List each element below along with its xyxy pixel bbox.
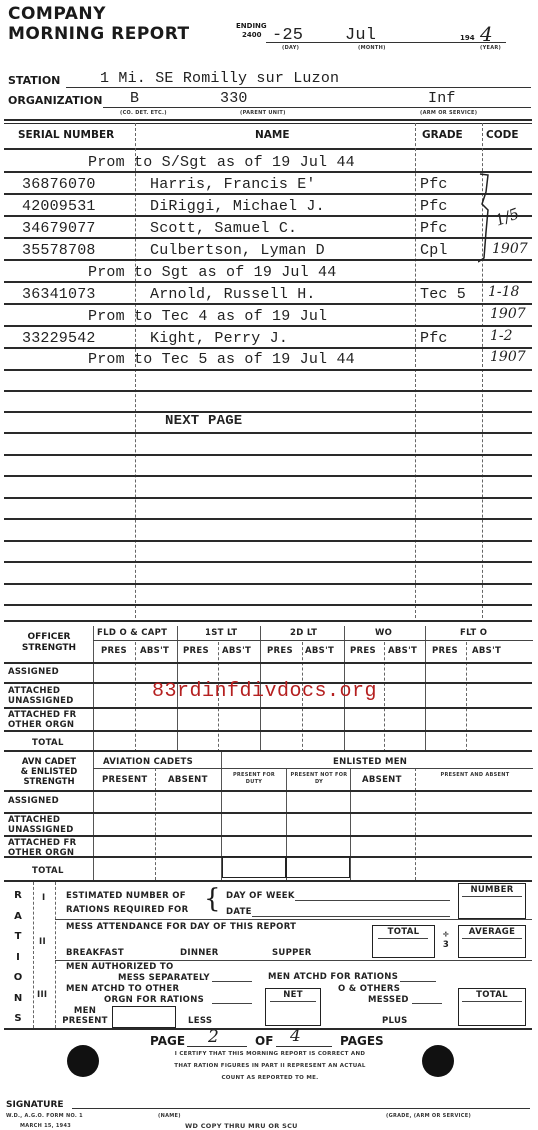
rations-letter: O: [8, 968, 28, 989]
men-authorized-line1: MEN AUTHORIZED TO: [66, 962, 174, 972]
enlisted-col-present-duty: PRESENT FOR DUTY: [224, 772, 284, 786]
section-i-label: I: [42, 893, 45, 903]
roster-grade: Cpl: [420, 242, 448, 259]
company-caption: (CO. DET. ETC.): [120, 110, 167, 116]
number-label: NUMBER: [460, 885, 524, 895]
day-caption: (DAY): [282, 45, 299, 51]
rations-letter: R: [8, 886, 28, 907]
enlisted-row-attached-unassigned: ATTACHED UNASSIGNED: [8, 815, 86, 835]
next-page-note: NEXT PAGE: [165, 413, 242, 429]
officer-subcol-pres: PRES: [350, 646, 376, 656]
organization-arm: Inf: [428, 90, 456, 107]
arm-caption: (ARM OR SERVICE): [420, 110, 477, 116]
officer-strength-title: OFFICER STRENGTH: [8, 632, 90, 654]
officer-row-attached-unassigned: ATTACHED UNASSIGNED: [8, 686, 86, 706]
form-date: MARCH 15, 1943: [20, 1123, 71, 1129]
certify-line1: I CERTIFY THAT THIS MORNING REPORT IS CO…: [120, 1051, 420, 1057]
total-pages: 4: [290, 1026, 301, 1046]
total-present-duty-box: [222, 856, 286, 878]
men-present-line1: MEN: [58, 1006, 112, 1016]
punch-hole-right: [422, 1045, 454, 1077]
rations-letter: T: [8, 927, 28, 948]
year-suffix: 4: [480, 22, 493, 46]
page-label: PAGE: [150, 1034, 185, 1048]
organization-company: B: [130, 90, 139, 107]
men-present-box: [112, 1006, 176, 1028]
officer-strength-title-line2: STRENGTH: [8, 643, 90, 654]
column-header-grade: GRADE: [422, 129, 463, 141]
enlisted-strength-title: AVN CADET & ENLISTED STRENGTH: [8, 757, 90, 787]
roster-code: 1907: [490, 306, 526, 322]
roster-serial: 42009531: [22, 198, 96, 215]
punch-hole-left: [67, 1045, 99, 1077]
roster-code: 1907: [490, 349, 526, 365]
mess-attendance-label: MESS ATTENDANCE FOR DAY OF THIS REPORT: [66, 922, 296, 932]
officer-group-1st-lt: 1ST LT: [205, 628, 237, 638]
divide-by-three: ÷ 3: [438, 930, 454, 950]
total-present-not-duty-box: [286, 856, 350, 878]
roster-grade: Pfc: [420, 176, 448, 193]
officer-row-attached-other: ATTACHED FR OTHER ORGN: [8, 710, 90, 730]
enlisted-row-assigned: ASSIGNED: [8, 796, 59, 806]
rations-letter: I: [8, 948, 28, 969]
report-month: Jul: [345, 26, 376, 45]
grade-caption: (GRADE, (ARM OR SERVICE): [386, 1113, 471, 1119]
signature-label: SIGNATURE: [6, 1100, 64, 1110]
form-number: W.D., A.G.O. FORM NO. 1: [6, 1113, 83, 1119]
of-label: OF: [255, 1034, 273, 1048]
dinner-label: DINNER: [180, 948, 219, 958]
signature-line[interactable]: [72, 1108, 530, 1109]
name-caption: (NAME): [158, 1113, 181, 1119]
organization-label: ORGANIZATION: [8, 94, 102, 107]
roster-name: Arnold, Russell H.: [150, 286, 316, 303]
station-value: 1 Mi. SE Romilly sur Luzon: [100, 70, 339, 87]
average-label: AVERAGE: [460, 927, 524, 937]
men-present-label: MEN PRESENT: [58, 1006, 112, 1026]
column-header-code: CODE: [486, 129, 519, 141]
mess-total-label: TOTAL: [374, 927, 433, 937]
roster-serial: 35578708: [22, 242, 96, 259]
roster-serial: 36876070: [22, 176, 96, 193]
pages-label: PAGES: [340, 1034, 384, 1048]
roster-serial: 36341073: [22, 286, 96, 303]
men-present-line2: PRESENT: [58, 1016, 112, 1026]
iii-total-label: TOTAL: [460, 990, 524, 1000]
roster-serial: 33229542: [22, 330, 96, 347]
month-caption: (MONTH): [358, 45, 386, 51]
roster-grade: Pfc: [420, 330, 448, 347]
officer-subcol-abst: ABS'T: [305, 646, 334, 656]
rations-letter: A: [8, 907, 28, 928]
enlisted-row-attached-other: ATTACHED FR OTHER ORGN: [8, 838, 90, 858]
organization-parent-unit: 330: [220, 90, 248, 107]
officer-row-assigned: ASSIGNED: [8, 667, 59, 677]
rations-side-label: R A T I O N S: [8, 886, 28, 1030]
brace-icon: {: [204, 886, 221, 912]
rations-letter: N: [8, 989, 28, 1010]
officer-subcol-pres: PRES: [101, 646, 127, 656]
officer-row-total: TOTAL: [32, 738, 64, 748]
roster-name: Scott, Samuel C.: [150, 220, 297, 237]
officer-strength-title-line1: OFFICER: [8, 632, 90, 643]
officer-subcol-pres: PRES: [183, 646, 209, 656]
estimated-rations-line1: ESTIMATED NUMBER OF: [66, 891, 186, 901]
date-label: DATE: [226, 907, 252, 917]
copy-note: WD COPY THRU MRU OR SCU: [185, 1122, 298, 1130]
officer-subcol-pres: PRES: [432, 646, 458, 656]
officer-group-fld-capt: FLD O & CAPT: [97, 628, 167, 638]
roster-serial: 34679077: [22, 220, 96, 237]
estimated-rations-line2: RATIONS REQUIRED FOR: [66, 905, 188, 915]
enlisted-strength-title-line3: STRENGTH: [8, 777, 90, 787]
breakfast-label: BREAKFAST: [66, 948, 124, 958]
certify-line3: COUNT AS REPORTED TO ME.: [120, 1075, 420, 1081]
roster-name: DiRiggi, Michael J.: [150, 198, 325, 215]
group-aviation-cadets: AVIATION CADETS: [103, 757, 193, 767]
column-header-name: NAME: [255, 129, 290, 141]
roster-name: Harris, Francis E': [150, 176, 316, 193]
men-atchd-other-line1: MEN ATCHD TO OTHER: [66, 984, 179, 994]
roster-remark: Prom to Tec 5 as of 19 Jul 44: [88, 351, 355, 368]
ending-label: ENDING: [236, 22, 267, 30]
enlisted-strength-title-line1: AVN CADET: [8, 757, 90, 767]
others-line2: MESSED: [368, 995, 409, 1005]
net-label: NET: [267, 990, 319, 1000]
roster-remark: Prom to Tec 4 as of 19 Jul: [88, 308, 327, 325]
roster-name: Kight, Perry J.: [150, 330, 288, 347]
plus-label: PLUS: [382, 1016, 408, 1026]
officer-subcol-abst: ABS'T: [472, 646, 501, 656]
enlisted-col-present-not-duty: PRESENT NOT FOR DY: [289, 772, 349, 786]
officer-group-2d-lt: 2D LT: [290, 628, 317, 638]
parent-unit-caption: (PARENT UNIT): [240, 110, 286, 116]
officer-subcol-abst: ABS'T: [388, 646, 417, 656]
enlisted-col-present-absent: PRESENT AND ABSENT: [425, 772, 525, 779]
officer-group-wo: WO: [375, 628, 392, 638]
rations-letter: S: [8, 1009, 28, 1030]
day-of-week-label: DAY OF WEEK: [226, 891, 295, 901]
group-enlisted-men: ENLISTED MEN: [333, 757, 407, 767]
roster-remark: Prom to Sgt as of 19 Jul 44: [88, 264, 336, 281]
less-label: LESS: [188, 1016, 212, 1026]
form-title-line2: MORNING REPORT: [8, 24, 190, 44]
page-number: 2: [208, 1027, 219, 1047]
station-label: STATION: [8, 74, 60, 87]
year-prefix: 194: [460, 34, 475, 42]
watermark: 83rdinfdivdocs.org: [152, 680, 377, 703]
enlisted-strength-title-line2: & ENLISTED: [8, 767, 90, 777]
certify-line2: THAT RATION FIGURES IN PART II REPRESENT…: [120, 1063, 420, 1069]
roster-code: 1-18: [488, 284, 519, 300]
column-header-serial: SERIAL NUMBER: [18, 129, 114, 141]
officer-subcol-abst: ABS'T: [140, 646, 169, 656]
cadet-col-present: PRESENT: [102, 775, 148, 785]
men-atchd-for-rations: MEN ATCHD FOR RATIONS: [268, 972, 398, 982]
section-ii-label: II: [39, 937, 46, 947]
roster-grade: Pfc: [420, 220, 448, 237]
enlisted-col-absent: ABSENT: [362, 775, 402, 785]
men-atchd-other-line2: ORGN FOR RATIONS: [104, 995, 204, 1005]
roster-code: 1907: [492, 241, 528, 257]
officer-subcol-pres: PRES: [267, 646, 293, 656]
roster-name: Culbertson, Lyman D: [150, 242, 325, 259]
roster-grade: Tec 5: [420, 286, 466, 303]
officer-group-flt-o: FLT O: [460, 628, 487, 638]
officer-subcol-abst: ABS'T: [222, 646, 251, 656]
cadet-col-absent: ABSENT: [168, 775, 208, 785]
report-day: -25: [272, 26, 303, 45]
supper-label: SUPPER: [272, 948, 312, 958]
men-authorized-line2: MESS SEPARATELY: [118, 973, 210, 983]
ending-time: 2400: [242, 31, 261, 39]
form-title-line1: COMPANY: [8, 4, 106, 24]
enlisted-row-total: TOTAL: [32, 866, 64, 876]
roster-grade: Pfc: [420, 198, 448, 215]
roster-code: 1-2: [490, 328, 513, 344]
year-caption: (YEAR): [480, 45, 501, 51]
roster-remark: Prom to S/Sgt as of 19 Jul 44: [88, 154, 355, 171]
section-iii-label: III: [37, 990, 47, 1000]
others-line1: O & OTHERS: [338, 984, 400, 994]
